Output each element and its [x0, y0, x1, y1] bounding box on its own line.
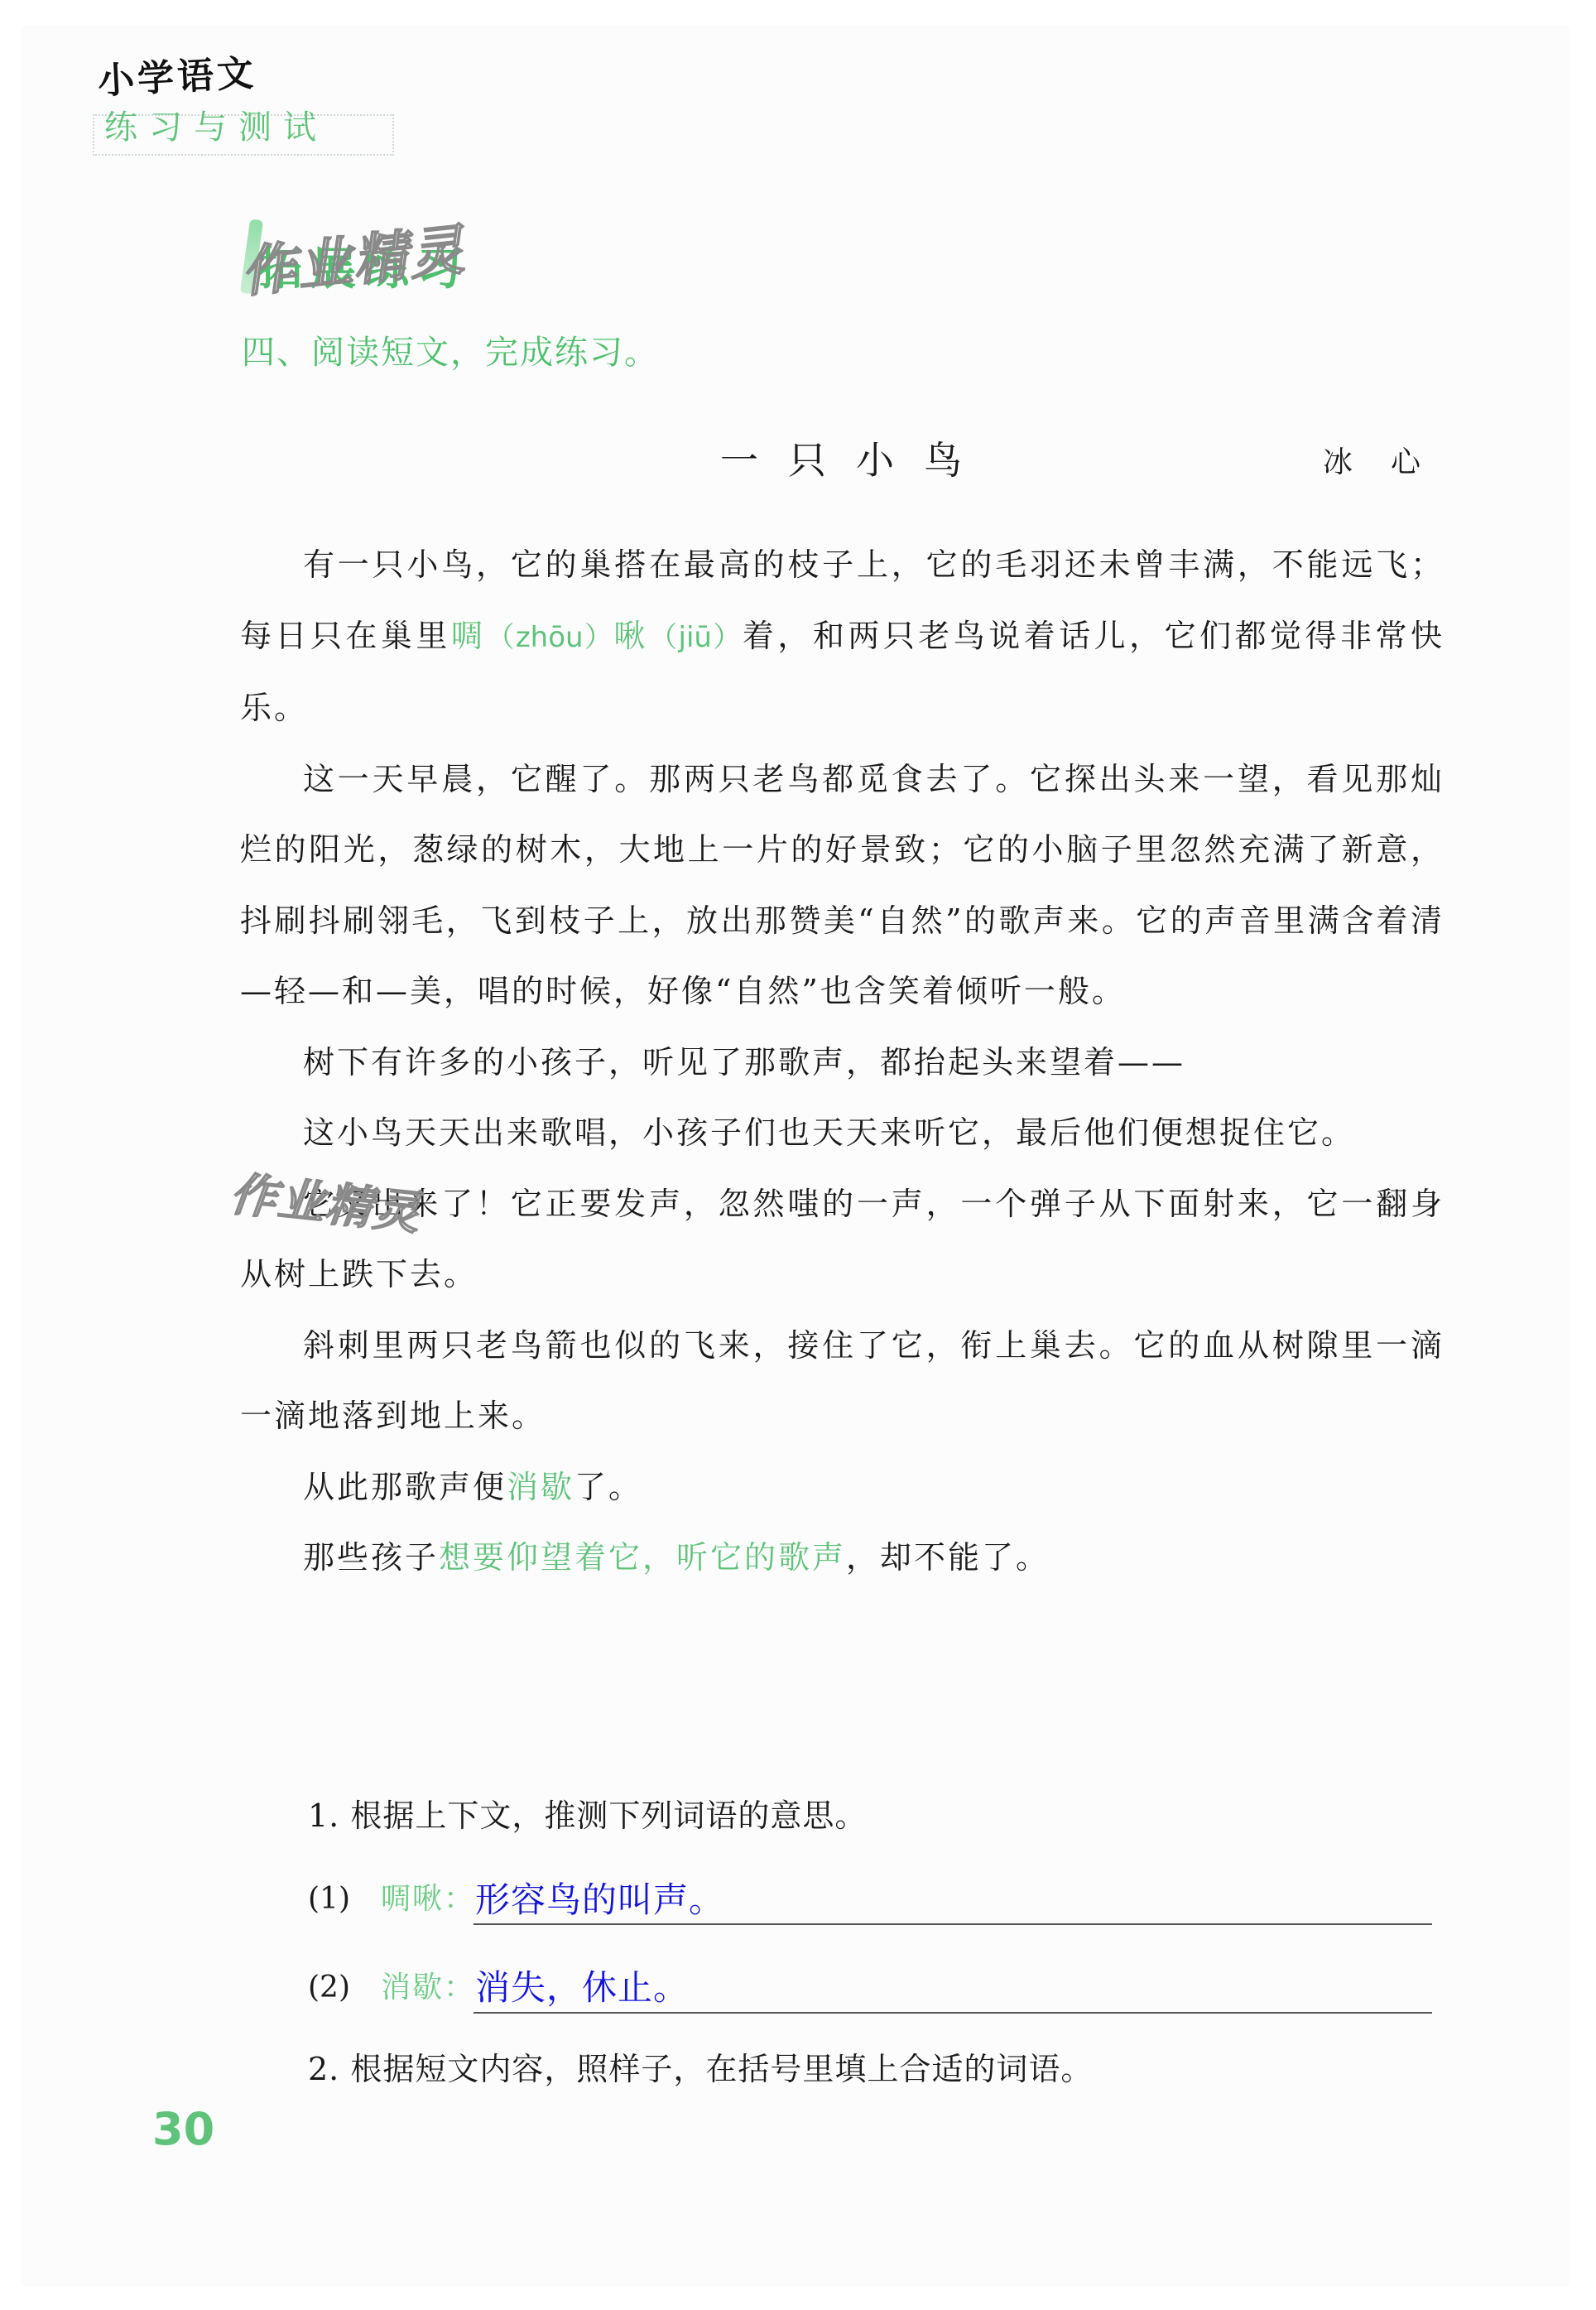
- paragraph: 这一天早晨，它醒了。那两只老鸟都觅食去了。它探出头来一望，看见那灿烂的阳光，葱绿…: [240, 744, 1445, 1027]
- exercise-instruction: 四、阅读短文，完成练习。: [242, 326, 659, 373]
- paragraph: 从此那歌声便消歇了。: [240, 1452, 1445, 1523]
- page-number: 30: [152, 2103, 214, 2155]
- pinyin-annotation: （jiū）: [649, 621, 743, 654]
- item-term: 啁啾：: [381, 1882, 475, 1916]
- item-number: (1): [308, 1882, 381, 1916]
- paragraph: 树下有许多的小孩子，听见了那歌声，都抬起头来望着——: [240, 1027, 1445, 1099]
- paragraph-text: 从此那歌声便: [303, 1469, 507, 1505]
- question-1-prompt: 1. 根据上下文，推测下列词语的意思。: [308, 1790, 867, 1836]
- reading-passage: 有一只小鸟，它的巢搭在最高的枝子上，它的毛羽还未曾丰满，不能远飞；每日只在巢里啁…: [240, 530, 1445, 1594]
- pinyin-annotation: （zhōu）: [486, 621, 613, 654]
- paragraph: 斜刺里两只老鸟箭也似的飞来，接住了它，衔上巢去。它的血从树隙里一滴一滴地落到地上…: [240, 1311, 1445, 1452]
- paragraph: 有一只小鸟，它的巢搭在最高的枝子上，它的毛羽还未曾丰满，不能远飞；每日只在巢里啁…: [240, 530, 1445, 744]
- question-1-item-1: (1)啁啾：: [308, 1875, 475, 1925]
- answer-underline: [474, 1923, 1432, 1925]
- book-title: 小学语文: [96, 43, 257, 104]
- article-title: 一只小鸟: [720, 431, 992, 485]
- highlighted-phrase: 想要仰望着它，听它的歌声: [439, 1539, 846, 1576]
- paragraph: 这小鸟天天出来歌唱，小孩子们也天天来听它，最后他们便想捉住它。: [240, 1098, 1445, 1169]
- question-1-item-2: (2)消歇：: [308, 1964, 475, 2014]
- paragraph: 那些孩子想要仰望着它，听它的歌声，却不能了。: [240, 1523, 1445, 1594]
- question-2-prompt: 2. 根据短文内容，照样子，在括号里填上合适的词语。: [308, 2043, 1093, 2089]
- answer-field-1[interactable]: 形容鸟的叫声。: [475, 1873, 724, 1923]
- highlighted-term: 啁: [451, 618, 486, 654]
- highlighted-term: 啾: [614, 618, 649, 654]
- section-title: 拓展练习: [258, 233, 470, 297]
- item-number: (2): [308, 1971, 381, 2004]
- paragraph-text: ，却不能了。: [846, 1539, 1050, 1576]
- highlighted-term: 消歇: [507, 1469, 574, 1505]
- paragraph: 它又出来了！它正要发声，忽然嗤的一声，一个弹子从下面射来，它一翻身从树上跌下去。: [240, 1169, 1445, 1311]
- paragraph-text: 那些孩子: [303, 1539, 439, 1576]
- answer-field-2[interactable]: 消失，休止。: [475, 1961, 689, 2010]
- item-term: 消歇：: [381, 1971, 475, 2004]
- article-author: 冰心: [1323, 439, 1459, 481]
- paragraph-text: 了。: [574, 1469, 642, 1505]
- answer-underline: [474, 2012, 1432, 2014]
- book-subtitle: 练习与测试: [104, 101, 328, 148]
